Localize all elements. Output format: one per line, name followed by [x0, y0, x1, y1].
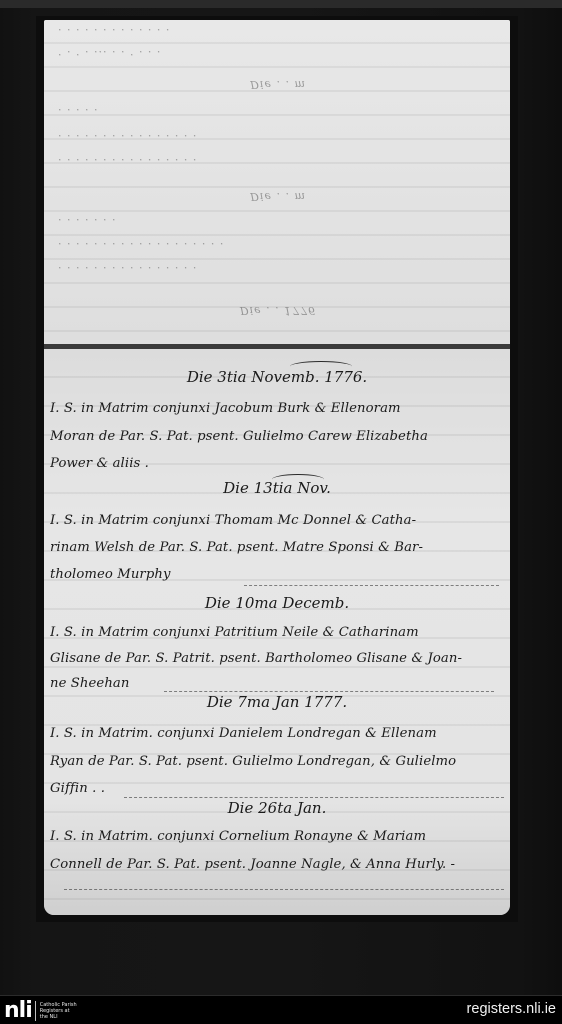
- ghost-text-line: . . . . . . . . . . . . . . . .: [58, 156, 498, 169]
- line-filler-rule: [244, 585, 499, 586]
- entry-text-line: ne Sheehan: [50, 676, 508, 691]
- entry-text-line: Giffin . .: [50, 781, 508, 796]
- image-viewer[interactable]: . . . . . . . . . . . . . · . · . ... . …: [0, 0, 562, 995]
- entry-text-line: I. S. in Matrim conjunxi Jacobum Burk & …: [50, 401, 508, 416]
- site-link[interactable]: registers.nli.ie: [467, 1001, 556, 1017]
- entry-date-heading: Die 10ma Decemb.: [44, 594, 510, 612]
- entry-text-line: Connell de Par. S. Pat. psent. Joanne Na…: [50, 857, 508, 872]
- line-filler-rule: [164, 691, 494, 692]
- entry-date-heading: Die 7ma Jan 1777.: [44, 693, 510, 711]
- entry-text-line: tholomeo Murphy: [50, 567, 508, 582]
- entry-text-line: I. S. in Matrim conjunxi Thomam Mc Donne…: [50, 513, 508, 528]
- ghost-text-line: . . . . . . .: [58, 216, 498, 229]
- ghost-heading: Die . . m: [58, 78, 498, 91]
- nli-logo-mark: nli: [4, 1000, 32, 1022]
- entry-text-line: I. S. in Matrim. conjunxi Cornelium Rona…: [50, 829, 508, 844]
- ghost-text-line: . . . . . . . . . . . . .: [58, 26, 498, 39]
- flourish-decoration: [272, 474, 324, 485]
- ghost-text-line: . . . . . . . . . . . . . . . .: [58, 264, 498, 277]
- faded-upper-section: . . . . . . . . . . . . . · . · . ... . …: [44, 20, 510, 345]
- ghost-text-line: . . . . . . . . . . . . . . . . . . .: [58, 240, 498, 253]
- entry-text-line: Glisane de Par. S. Patrit. psent. Bartho…: [50, 651, 508, 666]
- ghost-heading: Die . . m: [58, 190, 498, 203]
- line-filler-rule: [64, 889, 504, 890]
- register-entries-section: Die 3tia Novemb. 1776. I. S. in Matrim c…: [44, 349, 510, 915]
- ghost-text-line: . . . . . . . . . . . . . . . .: [58, 132, 498, 145]
- entry-text-line: I. S. in Matrim conjunxi Patritium Neile…: [50, 625, 508, 640]
- entry-date-heading: Die 26ta Jan.: [44, 799, 510, 817]
- footer-bar: nli Catholic Parish Registers at the NLI…: [0, 995, 562, 1024]
- nli-logo[interactable]: nli Catholic Parish Registers at the NLI: [4, 999, 77, 1022]
- entry-text-line: Power & aliis .: [50, 456, 508, 471]
- line-filler-rule: [124, 797, 504, 798]
- entry-date-heading: Die 3tia Novemb. 1776.: [44, 368, 510, 386]
- logo-separator: [35, 1001, 36, 1021]
- flourish-decoration: [290, 361, 352, 372]
- entry-text-line: Ryan de Par. S. Pat. psent. Gulielmo Lon…: [50, 754, 508, 769]
- register-page-image: . . . . . . . . . . . . . · . · . ... . …: [44, 20, 510, 915]
- entry-text-line: Moran de Par. S. Pat. psent. Gulielmo Ca…: [50, 429, 508, 444]
- top-strip: [0, 0, 562, 8]
- ghost-text-line: . . . . .: [58, 106, 498, 119]
- logo-text-line: the NLI: [40, 1014, 58, 1020]
- ghost-text-line: · . · . ... . . · . . .: [58, 48, 498, 61]
- nli-logo-text: Catholic Parish Registers at the NLI: [40, 1002, 77, 1020]
- entry-text-line: rinam Welsh de Par. S. Pat. psent. Matre…: [50, 540, 508, 555]
- ghost-heading: Die . . 1776: [58, 304, 498, 317]
- entry-text-line: I. S. in Matrim. conjunxi Danielem Londr…: [50, 726, 508, 741]
